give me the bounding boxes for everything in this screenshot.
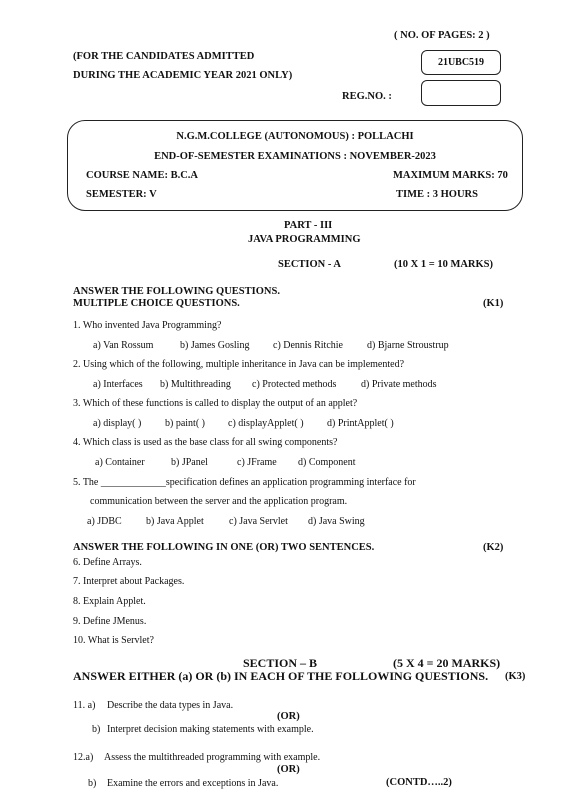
q2-option-d: d) Private methods [361, 379, 437, 390]
question-8: 8. Explain Applet. [73, 596, 146, 607]
question-12b-number: b) [88, 778, 96, 789]
continued-label: (CONTD…..2) [386, 777, 452, 788]
question-2: 2. Using which of the following, multipl… [73, 359, 404, 370]
k3-level: (K3) [505, 671, 525, 682]
question-6: 6. Define Arrays. [73, 557, 142, 568]
question-12a-number: 12.a) [73, 752, 93, 763]
q1-option-b: b) James Gosling [180, 340, 249, 351]
q2-option-c: c) Protected methods [252, 379, 336, 390]
exam-title: END-OF-SEMESTER EXAMINATIONS : NOVEMBER-… [67, 151, 523, 162]
q3-option-d: d) PrintApplet( ) [327, 418, 394, 429]
q1-option-a: a) Van Rossum [93, 340, 153, 351]
section-a-title: SECTION - A [278, 259, 341, 270]
question-11a: Describe the data types in Java. [107, 700, 233, 711]
section-b-instruction: ANSWER EITHER (a) OR (b) IN EACH OF THE … [73, 669, 488, 684]
part-title: PART - III [284, 220, 332, 231]
regno-box[interactable] [421, 80, 501, 106]
q1-option-c: c) Dennis Ritchie [273, 340, 343, 351]
page-count: ( NO. OF PAGES: 2 ) [394, 30, 490, 41]
question-12b: Examine the errors and exceptions in Jav… [107, 778, 278, 789]
question-12a: Assess the multithreaded programming wit… [104, 752, 320, 763]
semester: SEMESTER: V [86, 189, 157, 200]
question-7: 7. Interpret about Packages. [73, 576, 184, 587]
or-label-12: (OR) [277, 764, 300, 775]
short-answer-instruction: ANSWER THE FOLLOWING IN ONE (OR) TWO SEN… [73, 542, 374, 553]
k2-level: (K2) [483, 542, 503, 553]
q3-option-b: b) paint( ) [165, 418, 205, 429]
q5-option-c: c) Java Servlet [229, 516, 288, 527]
question-11a-number: 11. a) [73, 700, 95, 711]
q2-option-b: b) Multithreading [160, 379, 231, 390]
admitted-line-1: (FOR THE CANDIDATES ADMITTED [73, 51, 254, 62]
question-11b-number: b) [92, 724, 100, 735]
subject-title: JAVA PROGRAMMING [248, 234, 361, 245]
maximum-marks: MAXIMUM MARKS: 70 [393, 170, 508, 181]
q5-option-a: a) JDBC [87, 516, 122, 527]
subject-code: 21UBC519 [422, 51, 500, 74]
q2-option-a: a) Interfaces [93, 379, 143, 390]
q5-option-b: b) Java Applet [146, 516, 204, 527]
q1-option-d: d) Bjarne Stroustrup [367, 340, 449, 351]
question-4: 4. Which class is used as the base class… [73, 437, 337, 448]
subject-code-box: 21UBC519 [421, 50, 501, 75]
college-name: N.G.M.COLLEGE (AUTONOMOUS) : POLLACHI [67, 131, 523, 142]
question-9: 9. Define JMenus. [73, 616, 146, 627]
q4-option-c: c) JFrame [237, 457, 277, 468]
question-5: 5. The _____________specification define… [73, 477, 416, 488]
q3-option-a: a) display( ) [93, 418, 141, 429]
exam-time: TIME : 3 HOURS [396, 189, 478, 200]
question-5-cont: communication between the server and the… [90, 496, 347, 507]
question-1: 1. Who invented Java Programming? [73, 320, 221, 331]
course-name: COURSE NAME: B.C.A [86, 170, 198, 181]
question-3: 3. Which of these functions is called to… [73, 398, 357, 409]
section-a-marks: (10 X 1 = 10 MARKS) [394, 259, 493, 270]
q4-option-d: d) Component [298, 457, 356, 468]
q4-option-a: a) Container [95, 457, 145, 468]
k1-level: (K1) [483, 298, 503, 309]
question-11b: Interpret decision making statements wit… [107, 724, 314, 735]
admitted-line-2: DURING THE ACADEMIC YEAR 2021 ONLY) [73, 70, 292, 81]
question-10: 10. What is Servlet? [73, 635, 154, 646]
mcq-instruction: MULTIPLE CHOICE QUESTIONS. [73, 298, 240, 309]
section-a-instruction: ANSWER THE FOLLOWING QUESTIONS. [73, 286, 280, 297]
q3-option-c: c) displayApplet( ) [228, 418, 304, 429]
q4-option-b: b) JPanel [171, 457, 208, 468]
or-label-11: (OR) [277, 711, 300, 722]
regno-label: REG.NO. : [342, 91, 392, 102]
q5-option-d: d) Java Swing [308, 516, 365, 527]
